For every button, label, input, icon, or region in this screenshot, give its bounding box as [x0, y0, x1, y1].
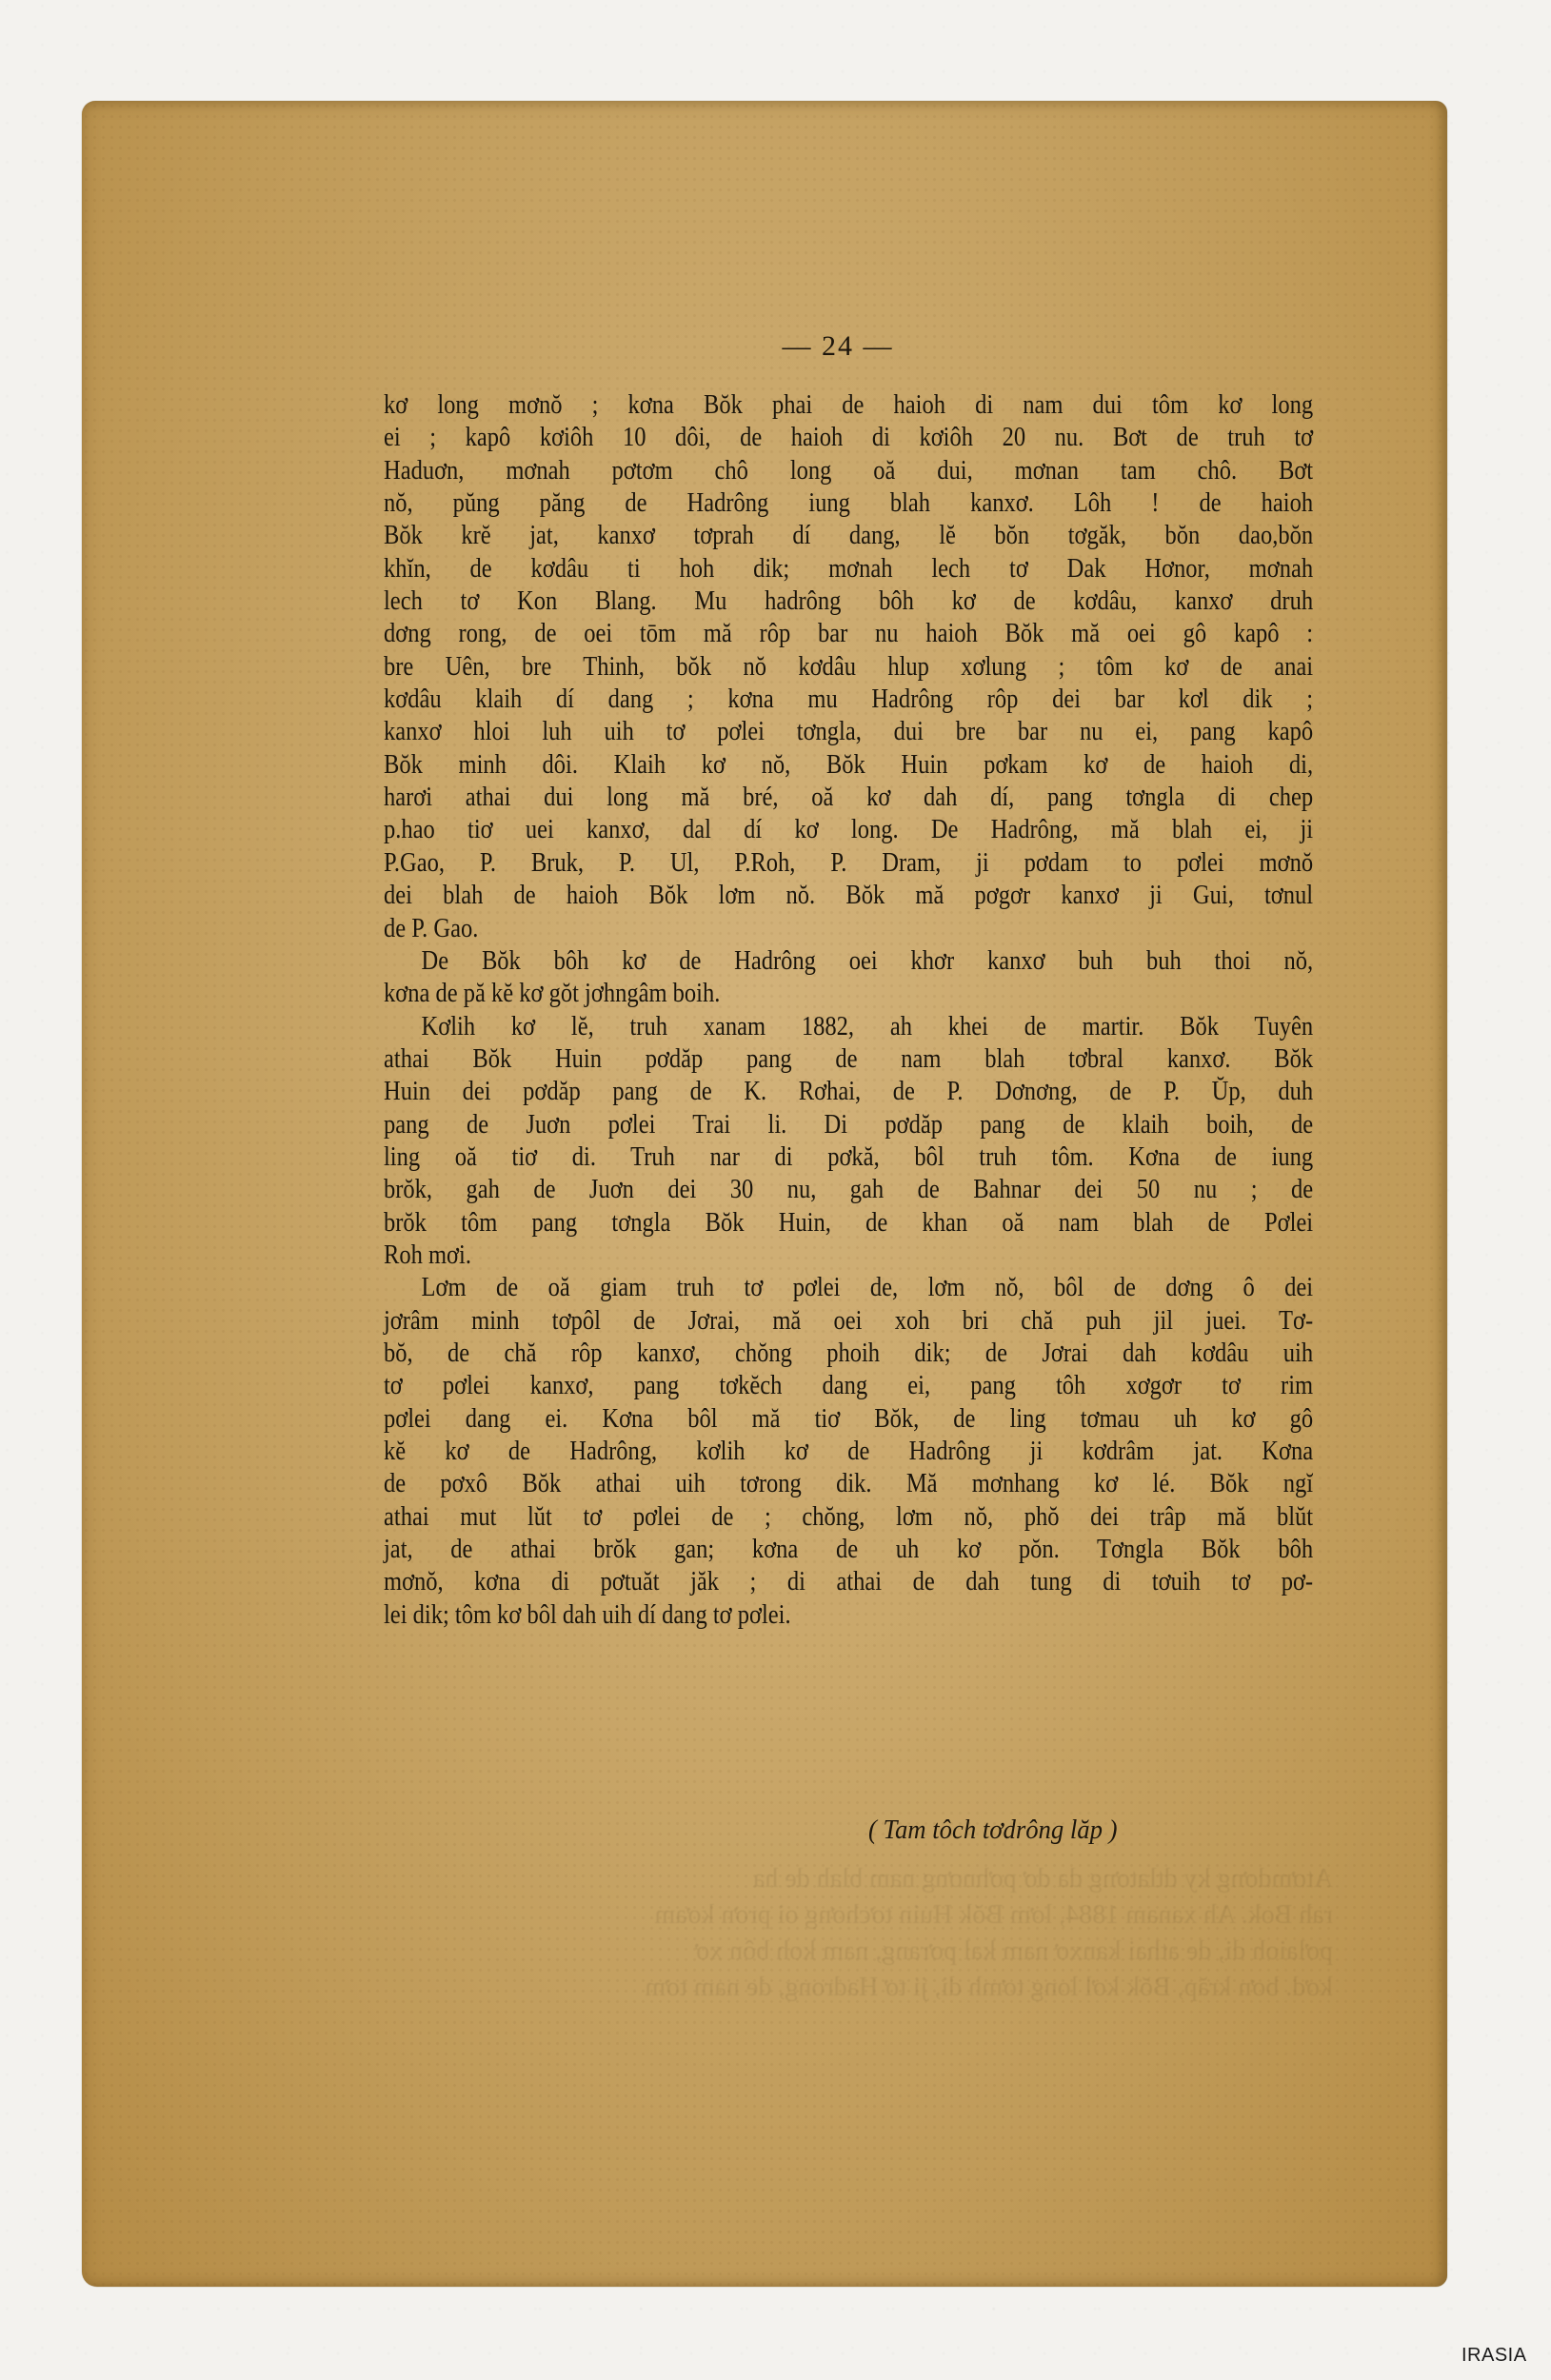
text-line: tơ pơlei kanxơ, pang tơkĕch dang ei, pan…: [384, 1370, 1313, 1402]
text-line: Haduơn, mơnah pơtơm chô long oă dui, mơn…: [384, 455, 1313, 487]
bleed-line: rah Bok. Ah xanam 1884, lơm Bŏk Huin tơc…: [362, 1897, 1333, 1934]
watermark-label: IRASIA: [1462, 2345, 1527, 2367]
text-line: brŏk, gah de Juơn dei 30 nu, gah de Bahn…: [384, 1174, 1313, 1206]
bleed-through-text: Atơmdơng ky dtlatơng da dơ pơhnơng nam b…: [362, 1861, 1333, 2006]
signature: ( Tam tôch tơdrông lăp ): [868, 1815, 1118, 1846]
bleed-line: kơd. bơn krăp, Bŏk kơl long tơmh di, ji …: [362, 1970, 1333, 2006]
text-line: De Bŏk bôh kơ de Hadrông oei khơr kanxơ …: [384, 945, 1313, 978]
text-line: Roh mơi.: [384, 1240, 1313, 1272]
bleed-line: Atơmdơng ky dtlatơng da dơ pơhnơng nam b…: [362, 1861, 1333, 1897]
text-line: ei ; kapô kơiôh 10 dôi, de haioh di kơiô…: [384, 422, 1313, 454]
text-line: dơng rong, de oei tōm mă rôp bar nu haio…: [384, 618, 1313, 650]
paragraph-3: Kơlih kơ lĕ, truh xanam 1882, ah khei de…: [384, 1011, 1313, 1273]
paragraph-1: kơ long mơnŏ ; kơna Bŏk phai de haioh di…: [384, 389, 1313, 945]
body-text: kơ long mơnŏ ; kơna Bŏk phai de haioh di…: [384, 389, 1313, 1632]
text-line: Lơm de oă giam truh tơ pơlei de, lơm nŏ,…: [384, 1272, 1313, 1304]
text-line: jơrâm minh tơpôl de Jơrai, mă oei xoh br…: [384, 1305, 1313, 1338]
text-line: Kơlih kơ lĕ, truh xanam 1882, ah khei de…: [384, 1011, 1313, 1043]
bleed-line: pơlaioh di, de athai kanxơ nam kal pơran…: [362, 1934, 1333, 1970]
text-line: Bŏk krĕ jat, kanxơ tơprah dí dang, lĕ bŏ…: [384, 520, 1313, 552]
paragraph-2: De Bŏk bôh kơ de Hadrông oei khơr kanxơ …: [384, 945, 1313, 1011]
text-line: kơdâu klaih dí dang ; kơna mu Hadrông rô…: [384, 684, 1313, 716]
text-line: dei blah de haioh Bŏk lơm nŏ. Bŏk mă pơg…: [384, 880, 1313, 912]
text-line: nŏ, pŭng păng de Hadrông iung blah kanxơ…: [384, 487, 1313, 520]
text-line: bŏ, de chă rôp kanxơ, chŏng phoih dik; d…: [384, 1338, 1313, 1370]
text-line: athai mut lŭt tơ pơlei de ; chŏng, lơm n…: [384, 1501, 1313, 1534]
paragraph-4: Lơm de oă giam truh tơ pơlei de, lơm nŏ,…: [384, 1272, 1313, 1632]
text-line: kơ long mơnŏ ; kơna Bŏk phai de haioh di…: [384, 389, 1313, 422]
text-line: jat, de athai brŏk gan; kơna de uh kơ pŏ…: [384, 1534, 1313, 1566]
text-line: Bŏk minh dôi. Klaih kơ nŏ, Bŏk Huin pơka…: [384, 749, 1313, 782]
text-line: kơna de pă kĕ kơ gŏt jơhngâm boih.: [384, 978, 1313, 1010]
text-line: Huin dei pơdăp pang de K. Rơhai, de P. D…: [384, 1076, 1313, 1108]
text-line: P.Gao, P. Bruk, P. Ul, P.Roh, P. Dram, j…: [384, 847, 1313, 880]
text-line: kanxơ hloi luh uih tơ pơlei tơngla, dui …: [384, 716, 1313, 748]
text-line: de pơxô Bŏk athai uih tơrong dik. Mă mơn…: [384, 1468, 1313, 1500]
text-line: athai Bŏk Huin pơdăp pang de nam blah tơ…: [384, 1043, 1313, 1076]
text-line: harơi athai dui long mă bré, oă kơ dah d…: [384, 782, 1313, 814]
text-line: pơlei dang ei. Kơna bôl mă tiơ Bŏk, de l…: [384, 1403, 1313, 1436]
page-number: — 24 —: [743, 330, 933, 363]
text-line: lei dik; tôm kơ bôl dah uih dí dang tơ p…: [384, 1599, 1313, 1632]
text-line: p.hao tiơ uei kanxơ, dal dí kơ long. De …: [384, 814, 1313, 846]
text-line: pang de Juơn pơlei Trai li. Di pơdăp pan…: [384, 1109, 1313, 1141]
text-line: de P. Gao.: [384, 913, 1313, 945]
text-line: bre Uên, bre Thinh, bŏk nŏ kơdâu hlup xơ…: [384, 651, 1313, 684]
text-line: khĭn, de kơdâu ti hoh dik; mơnah lech tơ…: [384, 553, 1313, 585]
text-line: ling oă tiơ di. Truh nar di pơkă, bôl tr…: [384, 1141, 1313, 1174]
text-line: mơnŏ, kơna di pơtuăt jăk ; di athai de d…: [384, 1566, 1313, 1598]
text-line: kĕ kơ de Hadrông, kơlih kơ de Hadrông ji…: [384, 1436, 1313, 1468]
text-line: brŏk tôm pang tơngla Bŏk Huin, de khan o…: [384, 1207, 1313, 1240]
text-line: lech tơ Kon Blang. Mu hadrông bôh kơ de …: [384, 585, 1313, 618]
